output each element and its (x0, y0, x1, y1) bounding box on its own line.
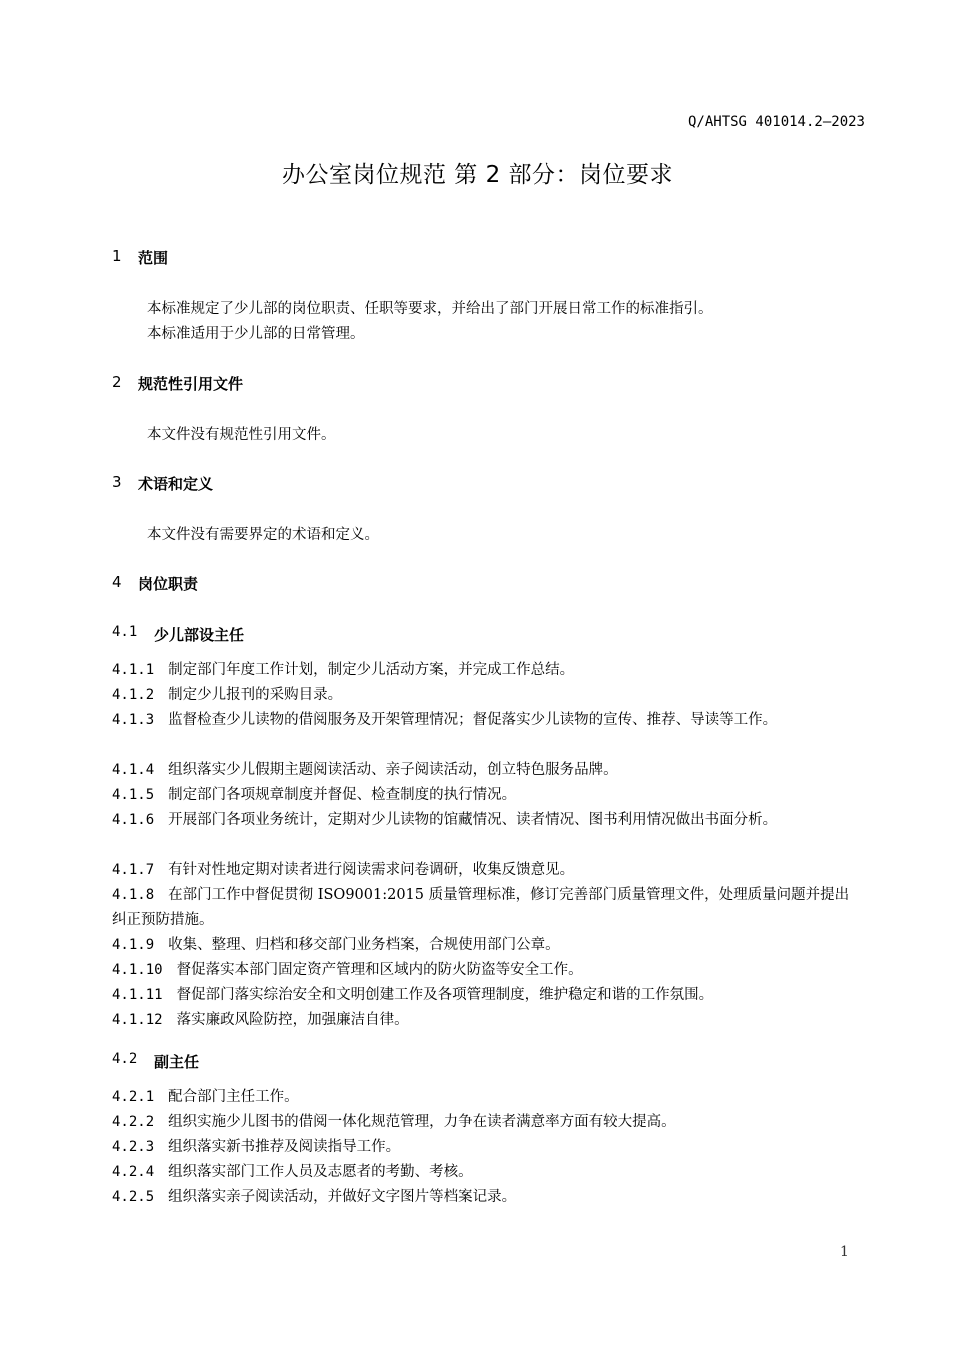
clause-text: 制定少儿报刊的采购目录。 (168, 687, 342, 703)
clause-text: 配合部门主任工作。 (168, 1089, 299, 1105)
section-heading-scope: 1 范围 (112, 247, 168, 268)
page-number: 1 (840, 1244, 849, 1260)
section-title: 术语和定义 (138, 473, 213, 494)
clause-number: 4.2.5 (112, 1189, 154, 1205)
clause-text: 落实廉政风险防控，加强廉洁自律。 (177, 1012, 409, 1028)
section-title: 岗位职责 (138, 573, 198, 594)
section-heading-terms: 3 术语和定义 (112, 473, 213, 494)
clause-text: 收集、整理、归档和移交部门业务档案，合规使用部门公章。 (168, 937, 560, 953)
section-heading-normative-references: 2 规范性引用文件 (112, 373, 243, 394)
section-number: 1 (112, 247, 138, 268)
clause-item: 4.1.8在部门工作中督促贯彻 ISO9001:2015 质量管理标准，修订完善… (112, 883, 860, 933)
clause-item: 4.1.12落实廉政风险防控，加强廉洁自律。 (112, 1008, 860, 1033)
section-title: 规范性引用文件 (138, 373, 243, 394)
clause-item: 4.1.5制定部门各项规章制度并督促、检查制度的执行情况。 (112, 783, 860, 808)
clause-number: 4.1.9 (112, 937, 154, 953)
clause-number: 4.2.4 (112, 1164, 154, 1180)
clause-item: 4.1.11督促部门落实综治安全和文明创建工作及各项管理制度，维护稳定和谐的工作… (112, 983, 860, 1008)
subsection-number: 4.1 (112, 624, 154, 645)
clause-text: 监督检查少儿读物的借阅服务及开架管理情况；督促落实少儿读物的宣传、推荐、导读等工… (168, 712, 777, 728)
clause-item: 4.2.3组织落实新书推荐及阅读指导工作。 (112, 1135, 860, 1160)
clause-number: 4.1.11 (112, 987, 163, 1003)
document-code: Q/AHTSG 401014.2—2023 (688, 114, 865, 130)
clause-item: 4.1.10督促落实本部门固定资产管理和区域内的防火防盗等安全工作。 (112, 958, 860, 983)
paragraph: 本文件没有规范性引用文件。 (147, 423, 336, 444)
subsection-heading-director: 4.1 少儿部设主任 (112, 624, 244, 645)
clause-item: 4.1.7有针对性地定期对读者进行阅读需求问卷调研，收集反馈意见。 (112, 858, 860, 883)
clause-text: 组织落实部门工作人员及志愿者的考勤、考核。 (168, 1164, 473, 1180)
clause-text: 组织落实新书推荐及阅读指导工作。 (168, 1139, 400, 1155)
clause-number: 4.1.10 (112, 962, 163, 978)
clause-item: 4.1.1制定部门年度工作计划，制定少儿活动方案，并完成工作总结。 (112, 658, 860, 683)
section-number: 2 (112, 373, 138, 394)
clause-text: 组织落实少儿假期主题阅读活动、亲子阅读活动，创立特色服务品牌。 (168, 762, 618, 778)
subsection-heading-deputy-director: 4.2 副主任 (112, 1051, 199, 1072)
clause-item: 4.2.4组织落实部门工作人员及志愿者的考勤、考核。 (112, 1160, 860, 1185)
document-page: Q/AHTSG 401014.2—2023 办公室岗位规范 第 2 部分：岗位要… (0, 0, 955, 1351)
clause-text: 开展部门各项业务统计，定期对少儿读物的馆藏情况、读者情况、图书利用情况做出书面分… (168, 812, 777, 828)
section-number: 4 (112, 573, 138, 594)
clause-item: 4.2.2组织实施少儿图书的借阅一体化规范管理，力争在读者满意率方面有较大提高。 (112, 1110, 860, 1135)
clause-item: 4.2.5组织落实亲子阅读活动，并做好文字图片等档案记录。 (112, 1185, 860, 1210)
clause-number: 4.1.8 (112, 887, 154, 903)
clause-text: 督促落实本部门固定资产管理和区域内的防火防盗等安全工作。 (177, 962, 583, 978)
clause-text: 组织落实亲子阅读活动，并做好文字图片等档案记录。 (168, 1189, 516, 1205)
clause-number: 4.2.1 (112, 1089, 154, 1105)
clause-text: 组织实施少儿图书的借阅一体化规范管理，力争在读者满意率方面有较大提高。 (168, 1114, 676, 1130)
subsection-number: 4.2 (112, 1051, 154, 1072)
section-number: 3 (112, 473, 138, 494)
clause-number: 4.1.4 (112, 762, 154, 778)
clause-number: 4.1.7 (112, 862, 154, 878)
clause-number: 4.1.5 (112, 787, 154, 803)
clause-number: 4.1.12 (112, 1012, 163, 1028)
clause-number: 4.2.3 (112, 1139, 154, 1155)
clause-text: 制定部门年度工作计划，制定少儿活动方案，并完成工作总结。 (168, 662, 574, 678)
paragraph: 本文件没有需要界定的术语和定义。 (147, 523, 379, 544)
section-title: 范围 (138, 247, 168, 268)
document-title: 办公室岗位规范 第 2 部分：岗位要求 (0, 156, 955, 189)
clause-text: 有针对性地定期对读者进行阅读需求问卷调研，收集反馈意见。 (168, 862, 574, 878)
clause-item: 4.1.6开展部门各项业务统计，定期对少儿读物的馆藏情况、读者情况、图书利用情况… (112, 808, 860, 833)
clause-number: 4.1.2 (112, 687, 154, 703)
clause-item: 4.1.4组织落实少儿假期主题阅读活动、亲子阅读活动，创立特色服务品牌。 (112, 758, 860, 783)
clause-item: 4.1.3监督检查少儿读物的借阅服务及开架管理情况；督促落实少儿读物的宣传、推荐… (112, 708, 860, 733)
subsection-title: 少儿部设主任 (154, 624, 244, 645)
clause-number: 4.2.2 (112, 1114, 154, 1130)
clause-text: 督促部门落实综治安全和文明创建工作及各项管理制度，维护稳定和谐的工作氛围。 (177, 987, 714, 1003)
clause-item: 4.2.1配合部门主任工作。 (112, 1085, 860, 1110)
clause-item: 4.1.2制定少儿报刊的采购目录。 (112, 683, 860, 708)
clause-number: 4.1.6 (112, 812, 154, 828)
clause-text: 在部门工作中督促贯彻 ISO9001:2015 质量管理标准，修订完善部门质量管… (112, 887, 849, 928)
paragraph: 本标准适用于少儿部的日常管理。 (147, 322, 365, 343)
section-heading-duties: 4 岗位职责 (112, 573, 198, 594)
clause-number: 4.1.1 (112, 662, 154, 678)
subsection-title: 副主任 (154, 1051, 199, 1072)
paragraph: 本标准规定了少儿部的岗位职责、任职等要求，并给出了部门开展日常工作的标准指引。 (147, 297, 713, 318)
clause-item: 4.1.9收集、整理、归档和移交部门业务档案，合规使用部门公章。 (112, 933, 860, 958)
clause-number: 4.1.3 (112, 712, 154, 728)
clause-text: 制定部门各项规章制度并督促、检查制度的执行情况。 (168, 787, 516, 803)
